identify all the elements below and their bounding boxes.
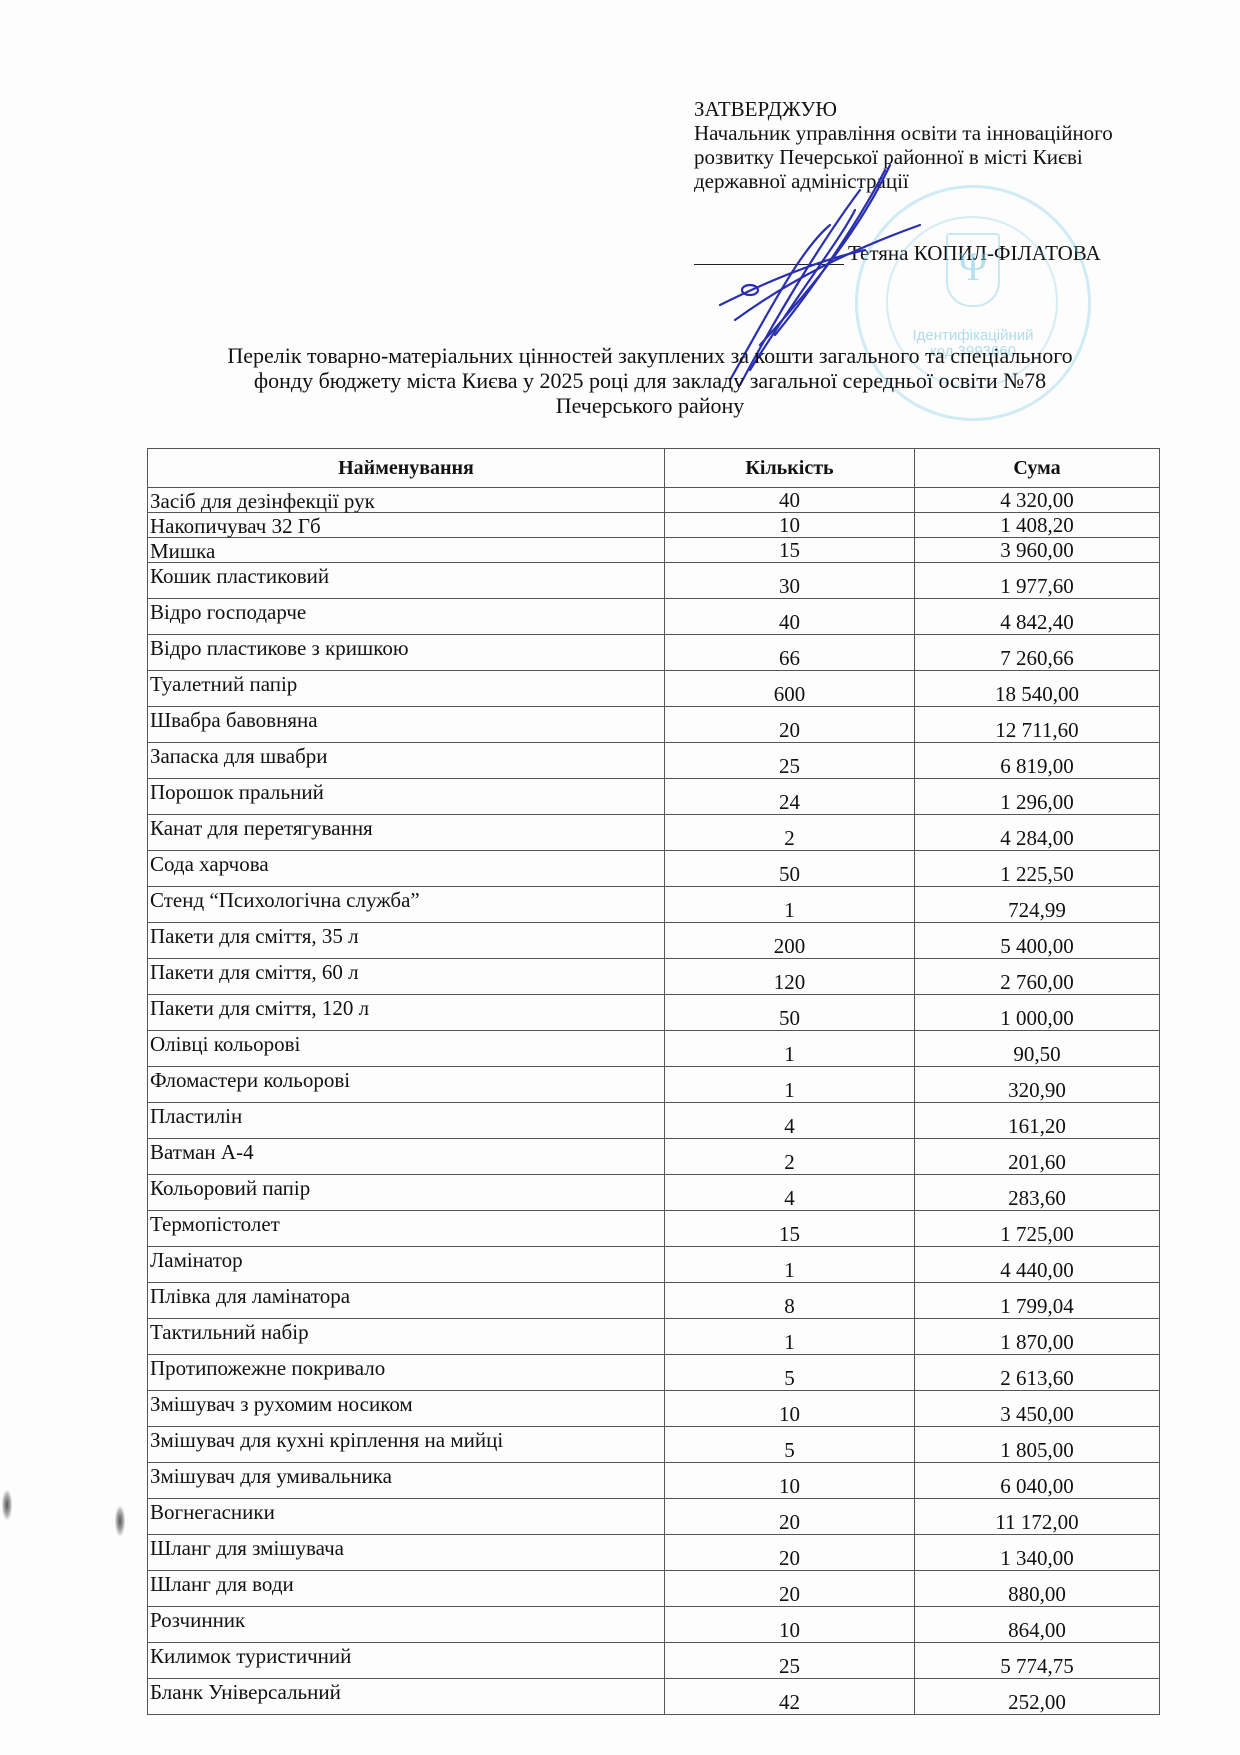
item-quantity-cell: 20 [665,1535,915,1571]
item-name-cell: Шланг для змішувача [148,1535,665,1571]
table-row: Плівка для ламінатора81 799,04 [148,1283,1160,1319]
table-row: Шланг для води20880,00 [148,1571,1160,1607]
item-sum-cell: 252,00 [915,1679,1160,1715]
table-row: Ламінатор14 440,00 [148,1247,1160,1283]
table-row: Канат для перетягування24 284,00 [148,815,1160,851]
item-quantity-cell: 8 [665,1283,915,1319]
item-name-cell: Олівці кольорові [148,1031,665,1067]
table-row: Шланг для змішувача201 340,00 [148,1535,1160,1571]
item-sum-cell: 2 760,00 [915,959,1160,995]
item-name-cell: Вогнегасники [148,1499,665,1535]
item-name-cell: Термопістолет [148,1211,665,1247]
item-quantity-cell: 2 [665,815,915,851]
item-quantity-cell: 4 [665,1175,915,1211]
item-quantity-cell: 50 [665,995,915,1031]
table-row: Накопичувач 32 Гб101 408,20 [148,513,1160,538]
item-quantity-cell: 4 [665,1103,915,1139]
table-row: Бланк Універсальний42252,00 [148,1679,1160,1715]
item-name-cell: Відро пластикове з кришкою [148,635,665,671]
item-quantity-cell: 5 [665,1427,915,1463]
item-quantity-cell: 25 [665,743,915,779]
item-sum-cell: 90,50 [915,1031,1160,1067]
table-row: Туалетний папір60018 540,00 [148,671,1160,707]
item-name-cell: Змішувач для кухні кріплення на мийці [148,1427,665,1463]
title-line-2: фонду бюджету міста Києва у 2025 році дл… [150,368,1150,393]
table-body: Засіб для дезінфекції рук404 320,00Накоп… [148,488,1160,1715]
item-quantity-cell: 200 [665,923,915,959]
item-name-cell: Засіб для дезінфекції рук [148,488,665,513]
item-quantity-cell: 600 [665,671,915,707]
item-sum-cell: 5 774,75 [915,1643,1160,1679]
table-row: Швабра бавовняна2012 711,60 [148,707,1160,743]
item-sum-cell: 283,60 [915,1175,1160,1211]
punch-hole-mark [115,1506,125,1536]
table-row: Запаска для швабри256 819,00 [148,743,1160,779]
item-quantity-cell: 120 [665,959,915,995]
item-quantity-cell: 20 [665,1571,915,1607]
item-name-cell: Тактильний набір [148,1319,665,1355]
items-table: Найменування Кількість Сума Засіб для де… [147,448,1160,1715]
item-sum-cell: 12 711,60 [915,707,1160,743]
item-quantity-cell: 5 [665,1355,915,1391]
trident-emblem-icon: Ψ [946,233,1000,307]
item-name-cell: Швабра бавовняна [148,707,665,743]
item-quantity-cell: 1 [665,1319,915,1355]
item-sum-cell: 1 225,50 [915,851,1160,887]
item-name-cell: Змішувач для умивальника [148,1463,665,1499]
item-quantity-cell: 30 [665,563,915,599]
item-quantity-cell: 25 [665,1643,915,1679]
item-name-cell: Плівка для ламінатора [148,1283,665,1319]
item-name-cell: Шланг для води [148,1571,665,1607]
table-row: Змішувач для умивальника106 040,00 [148,1463,1160,1499]
item-sum-cell: 1 000,00 [915,995,1160,1031]
item-sum-cell: 1 725,00 [915,1211,1160,1247]
item-sum-cell: 4 842,40 [915,599,1160,635]
table-row: Тактильний набір11 870,00 [148,1319,1160,1355]
item-quantity-cell: 10 [665,1391,915,1427]
table-row: Олівці кольорові190,50 [148,1031,1160,1067]
item-quantity-cell: 20 [665,707,915,743]
item-name-cell: Пакети для сміття, 35 л [148,923,665,959]
item-quantity-cell: 1 [665,1031,915,1067]
table-row: Засіб для дезінфекції рук404 320,00 [148,488,1160,513]
item-quantity-cell: 2 [665,1139,915,1175]
item-quantity-cell: 1 [665,1247,915,1283]
item-quantity-cell: 40 [665,488,915,513]
item-sum-cell: 724,99 [915,887,1160,923]
item-quantity-cell: 42 [665,1679,915,1715]
item-name-cell: Бланк Універсальний [148,1679,665,1715]
table-row: Ватман А-42201,60 [148,1139,1160,1175]
table-row: Пакети для сміття, 120 л501 000,00 [148,995,1160,1031]
item-sum-cell: 6 819,00 [915,743,1160,779]
punch-hole-mark [2,1490,12,1520]
item-sum-cell: 1 408,20 [915,513,1160,538]
column-header-sum: Сума [915,449,1160,488]
item-name-cell: Протипожежне покривало [148,1355,665,1391]
item-sum-cell: 18 540,00 [915,671,1160,707]
table-row: Змішувач для кухні кріплення на мийці51 … [148,1427,1160,1463]
item-quantity-cell: 10 [665,1463,915,1499]
table-row: Пластилін4161,20 [148,1103,1160,1139]
item-name-cell: Ламінатор [148,1247,665,1283]
item-name-cell: Мишка [148,538,665,563]
approval-position-line-1: Начальник управління освіти та інновацій… [694,121,1174,145]
table-row: Стенд “Психологічна служба”1724,99 [148,887,1160,923]
item-sum-cell: 4 440,00 [915,1247,1160,1283]
item-sum-cell: 201,60 [915,1139,1160,1175]
item-name-cell: Канат для перетягування [148,815,665,851]
item-quantity-cell: 66 [665,635,915,671]
item-quantity-cell: 50 [665,851,915,887]
table-row: Термопістолет151 725,00 [148,1211,1160,1247]
table-row: Мишка153 960,00 [148,538,1160,563]
item-quantity-cell: 1 [665,887,915,923]
table-row: Розчинник10864,00 [148,1607,1160,1643]
item-sum-cell: 1 805,00 [915,1427,1160,1463]
item-quantity-cell: 15 [665,1211,915,1247]
item-name-cell: Килимок туристичний [148,1643,665,1679]
item-quantity-cell: 15 [665,538,915,563]
title-line-1: Перелік товарно-матеріальних цінностей з… [150,343,1150,368]
table-row: Протипожежне покривало52 613,60 [148,1355,1160,1391]
item-sum-cell: 880,00 [915,1571,1160,1607]
signature-underline [694,244,844,265]
item-name-cell: Кошик пластиковий [148,563,665,599]
item-quantity-cell: 24 [665,779,915,815]
item-name-cell: Туалетний папір [148,671,665,707]
item-sum-cell: 1 340,00 [915,1535,1160,1571]
table-row: Порошок пральний241 296,00 [148,779,1160,815]
table-header-row: Найменування Кількість Сума [148,449,1160,488]
item-name-cell: Кольоровий папір [148,1175,665,1211]
table-row: Вогнегасники2011 172,00 [148,1499,1160,1535]
item-quantity-cell: 40 [665,599,915,635]
item-sum-cell: 161,20 [915,1103,1160,1139]
approval-position-line-2: розвитку Печерської районної в місті Киє… [694,145,1174,169]
item-name-cell: Відро господарче [148,599,665,635]
document-title: Перелік товарно-матеріальних цінностей з… [150,343,1150,418]
item-sum-cell: 320,90 [915,1067,1160,1103]
item-sum-cell: 7 260,66 [915,635,1160,671]
column-header-quantity: Кількість [665,449,915,488]
item-sum-cell: 11 172,00 [915,1499,1160,1535]
item-name-cell: Накопичувач 32 Гб [148,513,665,538]
title-line-3: Печерського району [150,393,1150,418]
table-row: Сода харчова501 225,50 [148,851,1160,887]
item-sum-cell: 4 320,00 [915,488,1160,513]
item-quantity-cell: 10 [665,513,915,538]
item-sum-cell: 1 977,60 [915,563,1160,599]
table-row: Фломастери кольорові1320,90 [148,1067,1160,1103]
table-row: Кольоровий папір4283,60 [148,1175,1160,1211]
table-row: Кошик пластиковий301 977,60 [148,563,1160,599]
approval-position-line-3: державної адміністрації [694,169,1174,193]
item-name-cell: Порошок пральний [148,779,665,815]
item-name-cell: Розчинник [148,1607,665,1643]
item-quantity-cell: 1 [665,1067,915,1103]
item-name-cell: Стенд “Психологічна служба” [148,887,665,923]
approval-heading: ЗАТВЕРДЖУЮ [694,97,1174,121]
item-name-cell: Пластилін [148,1103,665,1139]
item-sum-cell: 4 284,00 [915,815,1160,851]
item-name-cell: Пакети для сміття, 60 л [148,959,665,995]
table-row: Пакети для сміття, 60 л1202 760,00 [148,959,1160,995]
item-name-cell: Пакети для сміття, 120 л [148,995,665,1031]
item-sum-cell: 1 870,00 [915,1319,1160,1355]
table-row: Відро господарче404 842,40 [148,599,1160,635]
column-header-name: Найменування [148,449,665,488]
item-quantity-cell: 10 [665,1607,915,1643]
table-row: Відро пластикове з кришкою667 260,66 [148,635,1160,671]
item-quantity-cell: 20 [665,1499,915,1535]
table-row: Змішувач з рухомим носиком103 450,00 [148,1391,1160,1427]
stamp-text-line-1: Ідентифікаційний [908,328,1038,344]
item-sum-cell: 6 040,00 [915,1463,1160,1499]
item-name-cell: Фломастери кольорові [148,1067,665,1103]
item-name-cell: Запаска для швабри [148,743,665,779]
table-row: Пакети для сміття, 35 л2005 400,00 [148,923,1160,959]
table-row: Килимок туристичний255 774,75 [148,1643,1160,1679]
item-name-cell: Сода харчова [148,851,665,887]
item-sum-cell: 864,00 [915,1607,1160,1643]
item-sum-cell: 3 960,00 [915,538,1160,563]
item-name-cell: Ватман А-4 [148,1139,665,1175]
item-sum-cell: 1 799,04 [915,1283,1160,1319]
item-name-cell: Змішувач з рухомим носиком [148,1391,665,1427]
item-sum-cell: 1 296,00 [915,779,1160,815]
item-sum-cell: 5 400,00 [915,923,1160,959]
item-sum-cell: 3 450,00 [915,1391,1160,1427]
item-sum-cell: 2 613,60 [915,1355,1160,1391]
